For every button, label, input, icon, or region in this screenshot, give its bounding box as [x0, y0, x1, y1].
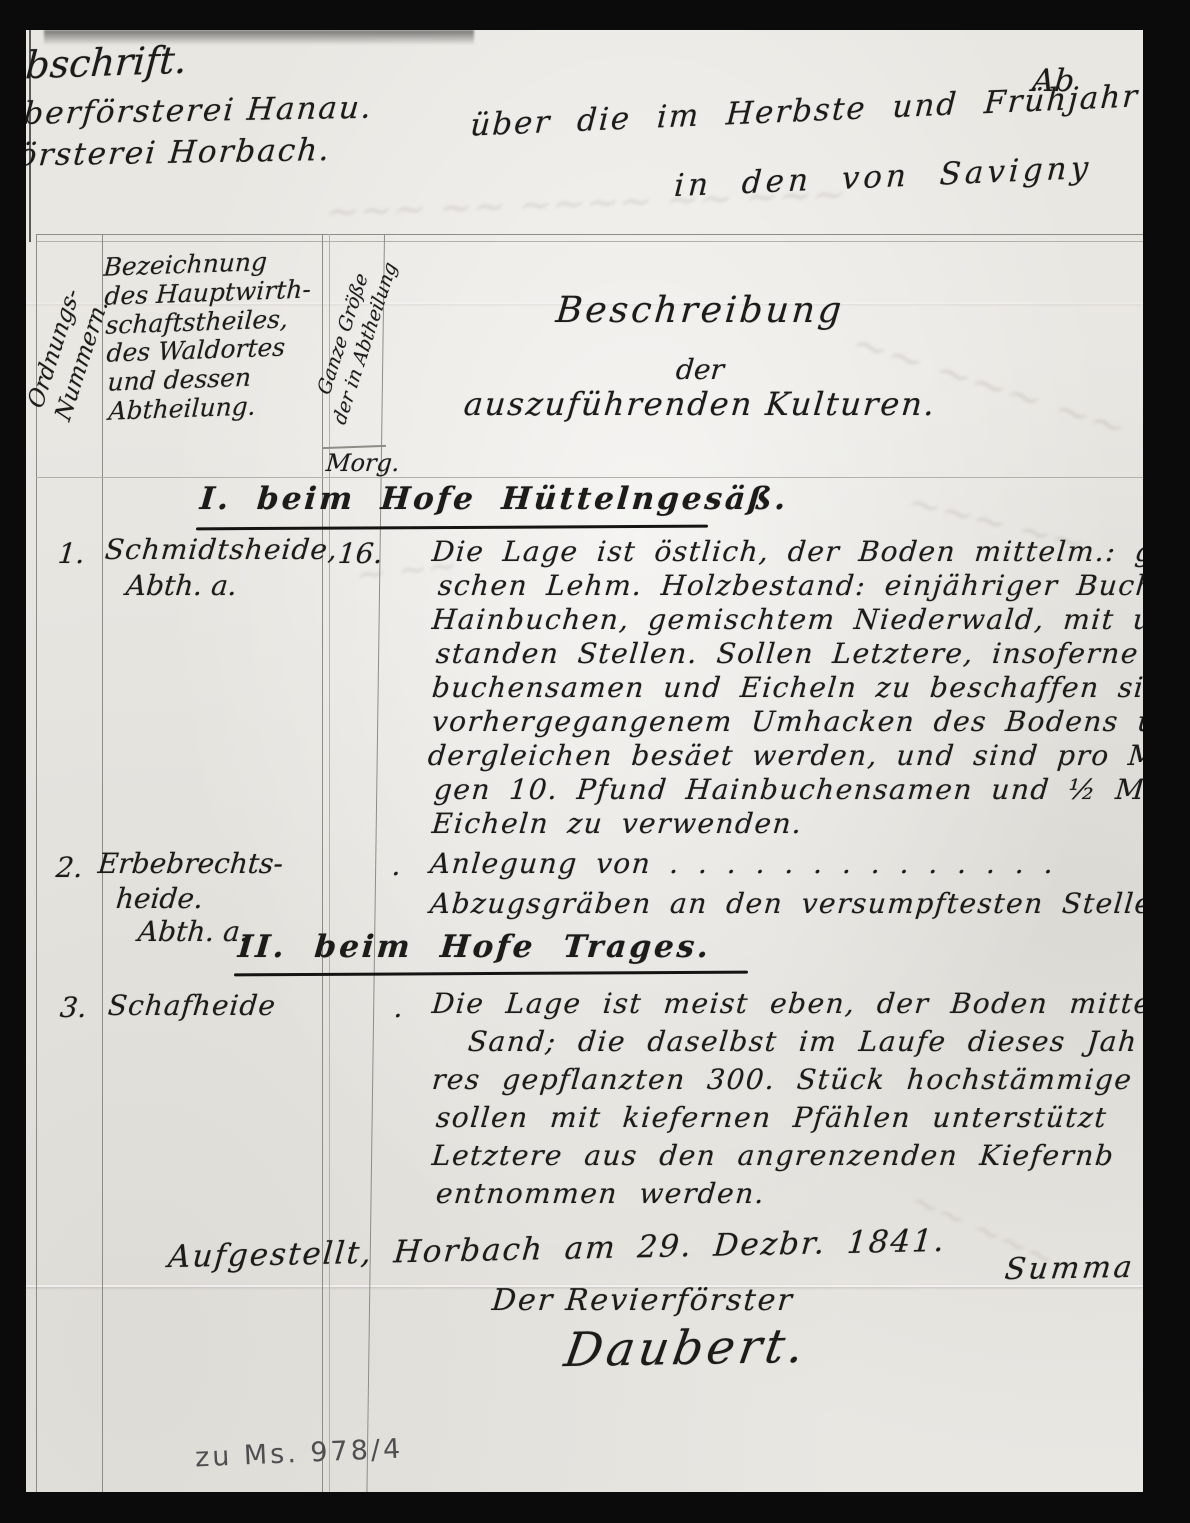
entry-size: . — [393, 992, 405, 1024]
entry-name: Abth. a. — [137, 916, 251, 948]
summa-label: Summa — [1003, 1251, 1137, 1288]
header-bottom-rule — [36, 477, 1143, 478]
office-line: Oberförsterei Hanau. — [26, 91, 374, 133]
col-header-bezeichnung: Bezeichnung des Hauptwirth- schaftstheil… — [103, 246, 323, 426]
document-page: ~~~ ~~ ~~~~ ~~ ~~~ ~~ ~~~ ~~ ~~~ ~~ ~ ~~… — [26, 30, 1143, 1492]
section-1-heading: I. beim Hofe Hüttelngesäß. — [198, 482, 790, 518]
entry-text-line: Abzugsgräben an den versumpftesten Stell… — [429, 888, 1143, 920]
entry-number: 2. — [55, 852, 85, 884]
entry-text-line: dergleichen besäet werden, und sind pro … — [427, 740, 1143, 772]
copy-label: Abschrift. — [26, 39, 188, 89]
entry-text-line: vorhergegangenem Umhacken des Bodens u. — [431, 706, 1143, 738]
col-header-line: Abtheilung. — [108, 390, 323, 426]
entry-text-line: schen Lehm. Holzbestand: einjähriger Buc… — [437, 570, 1143, 602]
main-col-header-3: auszuführenden Kulturen. — [438, 386, 961, 423]
dateline: Aufgestellt, Horbach am 29. Dezbr. 1841. — [167, 1224, 948, 1276]
signature: Daubert. — [561, 1320, 812, 1378]
entry-text-line: Hainbuchen, gemischtem Niederwald, mit u… — [431, 604, 1143, 636]
main-col-header-1: Beschreibung — [498, 290, 902, 331]
title-line-2: in den von Savigny — [673, 151, 1093, 205]
entry-text-line: res gepflanzten 300. Stück hochstämmige — [431, 1064, 1134, 1096]
entry-text-line: Sand; die daselbst im Laufe dieses Jah — [467, 1026, 1139, 1058]
entry-text-line: sollen mit kiefernen Pfählen unterstützt — [435, 1102, 1109, 1134]
entry-text-line: Letztere aus den angrenzenden Kiefernb — [431, 1140, 1116, 1172]
table-top-rule — [36, 234, 1143, 235]
entry-text-line: gen 10. Pfund Hainbuchensamen und ½ Ml — [433, 774, 1143, 806]
scanned-manuscript-page: { "document": { "kind": "handwritten for… — [0, 0, 1190, 1523]
entry-text-line: Eicheln zu verwenden. — [431, 808, 804, 840]
entry-name: Schmidtsheide, — [104, 534, 340, 566]
entry-name: Erbebrechts- — [97, 848, 285, 880]
title-line-1: über die im Herbste und Frühjahr — [469, 79, 1140, 144]
entry-size: 16. — [337, 538, 384, 570]
entry-name: heide. — [115, 883, 205, 915]
signer-role: Der Revierförster — [490, 1284, 795, 1319]
table-top-rule-2 — [36, 241, 1143, 242]
unit-morgen: Morg. — [325, 450, 401, 478]
section-2-underline — [234, 971, 748, 977]
district-line: Försterei Horbach. — [26, 133, 333, 175]
section-1-underline — [196, 525, 708, 531]
entry-text-line: entnommen werden. — [435, 1178, 767, 1210]
entry-name: Schafheide — [107, 990, 278, 1022]
entry-text-line: Die Lage ist meist eben, der Boden mitte… — [431, 988, 1143, 1020]
main-col-header-2: der — [499, 354, 902, 386]
entry-text-line: Die Lage ist östlich, der Boden mittelm.… — [431, 536, 1143, 568]
entry-name: Abth. a. — [125, 570, 239, 602]
entry-text-line: Anlegung von . . . . . . . . . . . . . . — [429, 848, 1056, 880]
col-rule-4 — [366, 234, 385, 1492]
section-2-heading: II. beim Hofe Trages. — [236, 930, 712, 966]
entry-size: . — [391, 850, 403, 882]
entry-text-line: buchensamen und Eicheln zu beschaffen si… — [431, 672, 1143, 704]
archive-note: zu Ms. 978/4 — [194, 1433, 403, 1473]
entry-number: 3. — [59, 992, 89, 1024]
entry-text-line: standen Stellen. Sollen Letztere, insofe… — [435, 638, 1141, 670]
entry-number: 1. — [57, 538, 87, 570]
